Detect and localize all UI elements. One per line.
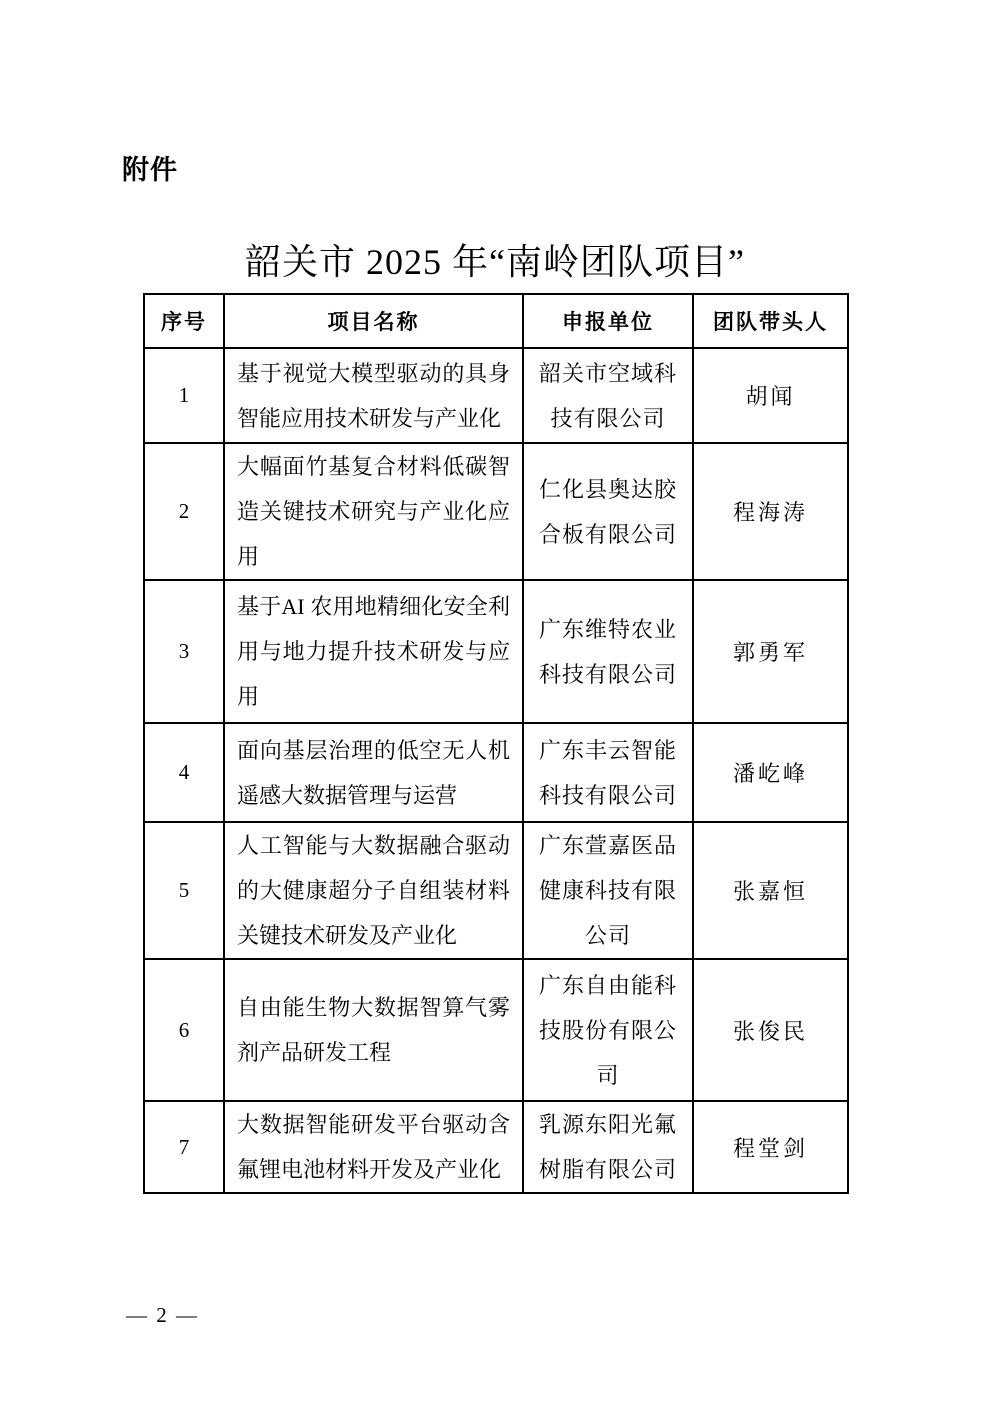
header-cell-applicant-unit: 申报单位: [523, 294, 693, 348]
header-cell-project-name: 项目名称: [224, 294, 523, 348]
serial-cell: 3: [144, 580, 224, 723]
attachment-label: 附件: [122, 148, 178, 187]
serial-cell: 5: [144, 822, 224, 959]
serial-cell: 6: [144, 959, 224, 1101]
project-name-cell: 基于AI 农用地精细化安全利用与地力提升技术研发与应用: [224, 580, 523, 723]
document-page: 附件 韶关市 2025 年“南岭团队项目” 序号 项目名称 申报单位 团队带头人…: [0, 0, 992, 1403]
project-name-cell: 人工智能与大数据融合驱动的大健康超分子自组装材料关键技术研发及产业化: [224, 822, 523, 959]
applicant-unit-cell: 广东萱嘉医品健康科技有限公司: [523, 822, 693, 959]
project-name-cell: 面向基层治理的低空无人机遥感大数据管理与运营: [224, 723, 523, 822]
applicant-unit-cell: 广东维特农业科技有限公司: [523, 580, 693, 723]
table-row: 6 自由能生物大数据智算气雾剂产品研发工程 广东自由能科技股份有限公司 张俊民: [144, 959, 848, 1101]
team-leader-cell: 张嘉恒: [693, 822, 848, 959]
project-table: 序号 项目名称 申报单位 团队带头人 1 基于视觉大模型驱动的具身智能应用技术研…: [143, 293, 849, 1194]
project-name-cell: 基于视觉大模型驱动的具身智能应用技术研发与产业化: [224, 348, 523, 443]
team-leader-cell: 潘屹峰: [693, 723, 848, 822]
team-leader-cell: 程堂剑: [693, 1101, 848, 1193]
page-number: — 2 —: [126, 1303, 199, 1328]
applicant-unit-cell: 仁化县奥达胶合板有限公司: [523, 443, 693, 580]
project-name-cell: 大数据智能研发平台驱动含氟锂电池材料开发及产业化: [224, 1101, 523, 1193]
table-row: 2 大幅面竹基复合材料低碳智造关键技术研究与产业化应用 仁化县奥达胶合板有限公司…: [144, 443, 848, 580]
serial-cell: 7: [144, 1101, 224, 1193]
team-leader-cell: 张俊民: [693, 959, 848, 1101]
table-row: 5 人工智能与大数据融合驱动的大健康超分子自组装材料关键技术研发及产业化 广东萱…: [144, 822, 848, 959]
team-leader-cell: 郭勇军: [693, 580, 848, 723]
applicant-unit-cell: 韶关市空域科技有限公司: [523, 348, 693, 443]
table-row: 1 基于视觉大模型驱动的具身智能应用技术研发与产业化 韶关市空域科技有限公司 胡…: [144, 348, 848, 443]
applicant-unit-cell: 广东丰云智能科技有限公司: [523, 723, 693, 822]
serial-cell: 2: [144, 443, 224, 580]
table-row: 4 面向基层治理的低空无人机遥感大数据管理与运营 广东丰云智能科技有限公司 潘屹…: [144, 723, 848, 822]
team-leader-cell: 胡闻: [693, 348, 848, 443]
serial-cell: 1: [144, 348, 224, 443]
page-title: 韶关市 2025 年“南岭团队项目”: [143, 234, 847, 285]
header-cell-serial: 序号: [144, 294, 224, 348]
applicant-unit-cell: 乳源东阳光氟树脂有限公司: [523, 1101, 693, 1193]
project-name-cell: 大幅面竹基复合材料低碳智造关键技术研究与产业化应用: [224, 443, 523, 580]
project-name-cell: 自由能生物大数据智算气雾剂产品研发工程: [224, 959, 523, 1101]
table-row: 3 基于AI 农用地精细化安全利用与地力提升技术研发与应用 广东维特农业科技有限…: [144, 580, 848, 723]
header-cell-team-leader: 团队带头人: [693, 294, 848, 348]
table-header-row: 序号 项目名称 申报单位 团队带头人: [144, 294, 848, 348]
team-leader-cell: 程海涛: [693, 443, 848, 580]
table-row: 7 大数据智能研发平台驱动含氟锂电池材料开发及产业化 乳源东阳光氟树脂有限公司 …: [144, 1101, 848, 1193]
serial-cell: 4: [144, 723, 224, 822]
applicant-unit-cell: 广东自由能科技股份有限公司: [523, 959, 693, 1101]
